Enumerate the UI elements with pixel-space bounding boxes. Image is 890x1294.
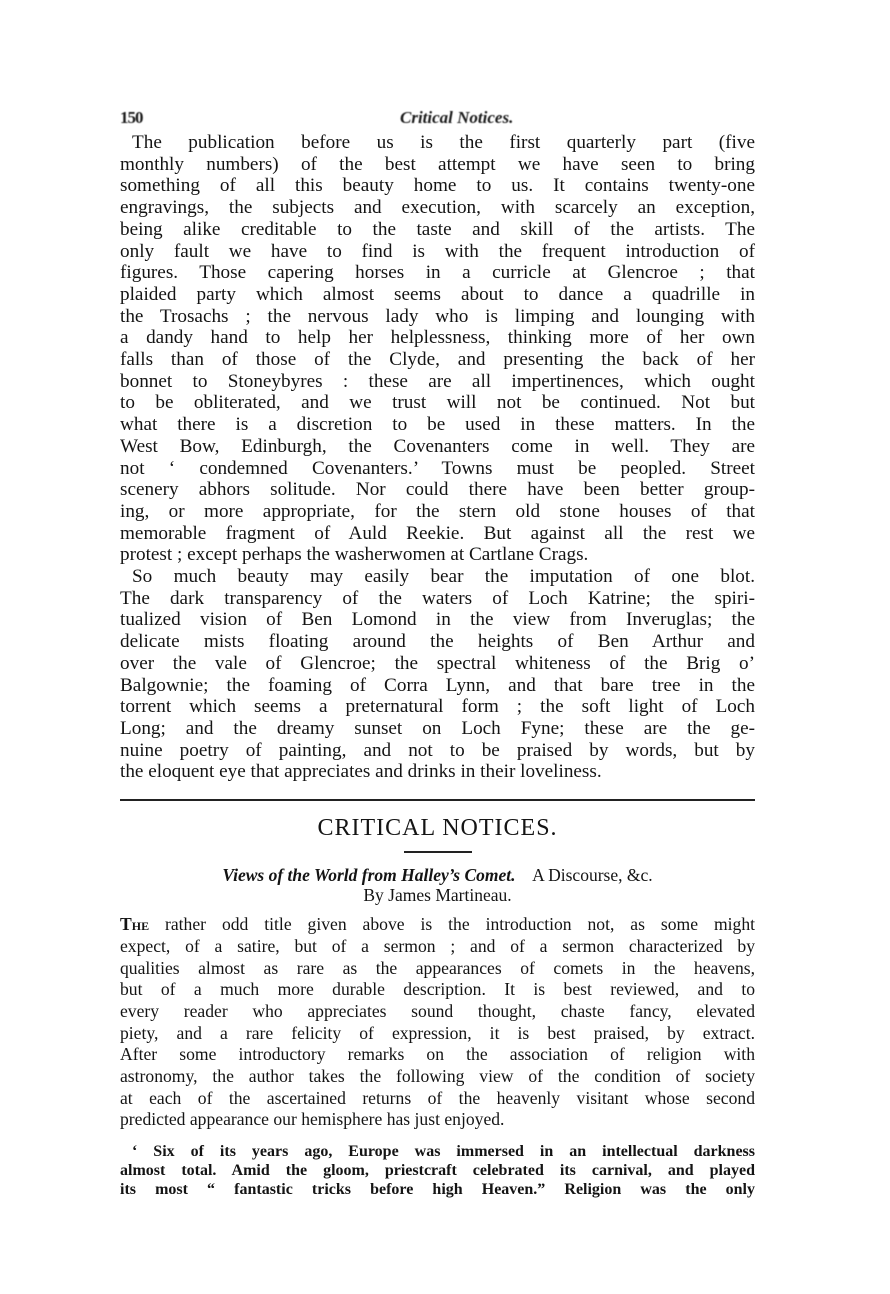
text-line: not ‘ condemned Covenanters.’ Towns must… <box>120 458 755 480</box>
book-title-italic: Views of the World from Halley’s Comet. <box>222 865 515 885</box>
text-line: ‘ Six of its years ago, Europe was immer… <box>120 1142 755 1161</box>
text-line: Long; and the dreamy sunset on Loch Fyne… <box>120 718 755 740</box>
text-line: piety, and a rare felicity of expression… <box>120 1023 755 1045</box>
text-line: delicate mists floating around the heigh… <box>120 631 755 653</box>
book-page: 150 Critical Notices. The publication be… <box>120 108 755 1199</box>
text-fragment: rather odd title given above is the intr… <box>149 914 755 934</box>
text-line: bonnet to Stoneybyres : these are all im… <box>120 371 755 393</box>
text-line: The publication before us is the first q… <box>120 132 755 154</box>
running-title: Critical Notices. <box>400 108 513 128</box>
dropcap-word: The <box>120 914 149 934</box>
text-line: memorable fragment of Auld Reekie. But a… <box>120 523 755 545</box>
text-line: The rather odd title given above is the … <box>120 914 755 936</box>
text-line: every reader who appreciates sound thoug… <box>120 1001 755 1023</box>
section-heading: CRITICAL NOTICES. <box>120 813 755 843</box>
text-line: something of all this beauty home to us.… <box>120 175 755 197</box>
text-line: only fault we have to find is with the f… <box>120 241 755 263</box>
text-line: at each of the ascertained returns of th… <box>120 1088 755 1110</box>
text-line: ing, or more appropriate, for the stern … <box>120 501 755 523</box>
text-line: engravings, the subjects and execution, … <box>120 197 755 219</box>
text-line: almost total. Amid the gloom, priestcraf… <box>120 1161 755 1180</box>
text-line: being alike creditable to the taste and … <box>120 219 755 241</box>
book-title: Views of the World from Halley’s Comet. … <box>120 865 755 885</box>
text-line: the eloquent eye that appreciates and dr… <box>120 761 755 783</box>
article-paragraph-1: The publication before us is the first q… <box>120 132 755 566</box>
text-line: So much beauty may easily bear the imput… <box>120 566 755 588</box>
quoted-extract: ‘ Six of its years ago, Europe was immer… <box>120 1142 755 1199</box>
short-divider <box>404 851 472 853</box>
text-line: tualized vision of Ben Lomond in the vie… <box>120 609 755 631</box>
article-paragraph-2: So much beauty may easily bear the imput… <box>120 566 755 783</box>
text-line: over the vale of Glencroe; the spectral … <box>120 653 755 675</box>
text-line: nuine poetry of painting, and not to be … <box>120 740 755 762</box>
section-divider <box>120 799 755 801</box>
review-paragraph: The rather odd title given above is the … <box>120 914 755 1131</box>
text-line: monthly numbers) of the best attempt we … <box>120 154 755 176</box>
text-line: Balgownie; the foaming of Corra Lynn, an… <box>120 675 755 697</box>
text-line: protest ; except perhaps the washerwomen… <box>120 544 755 566</box>
text-line: the Trosachs ; the nervous lady who is l… <box>120 306 755 328</box>
text-line: expect, of a satire, but of a sermon ; a… <box>120 936 755 958</box>
text-line: falls than of those of the Clyde, and pr… <box>120 349 755 371</box>
text-line: what there is a discretion to be used in… <box>120 414 755 436</box>
book-title-subtitle: A Discourse, &c. <box>532 865 653 885</box>
running-head: 150 Critical Notices. <box>120 108 755 132</box>
text-line: torrent which seems a preternatural form… <box>120 696 755 718</box>
page-number: 150 <box>120 108 143 128</box>
text-line: a dandy hand to help her helplessness, t… <box>120 327 755 349</box>
text-line: its most “ fantastic tricks before high … <box>120 1180 755 1199</box>
text-line: astronomy, the author takes the followin… <box>120 1066 755 1088</box>
text-line: After some introductory remarks on the a… <box>120 1044 755 1066</box>
text-line: West Bow, Edinburgh, the Covenanters com… <box>120 436 755 458</box>
book-author: By James Martineau. <box>120 885 755 905</box>
text-line: figures. Those capering horses in a curr… <box>120 262 755 284</box>
text-line: qualities almost as rare as the appearan… <box>120 958 755 980</box>
text-line: scenery abhors solitude. Nor could there… <box>120 479 755 501</box>
text-line: predicted appearance our hemisphere has … <box>120 1109 755 1131</box>
text-line: plaided party which almost seems about t… <box>120 284 755 306</box>
text-line: The dark transparency of the waters of L… <box>120 588 755 610</box>
text-line: but of a much more durable description. … <box>120 979 755 1001</box>
text-line: to be obliterated, and we trust will not… <box>120 392 755 414</box>
